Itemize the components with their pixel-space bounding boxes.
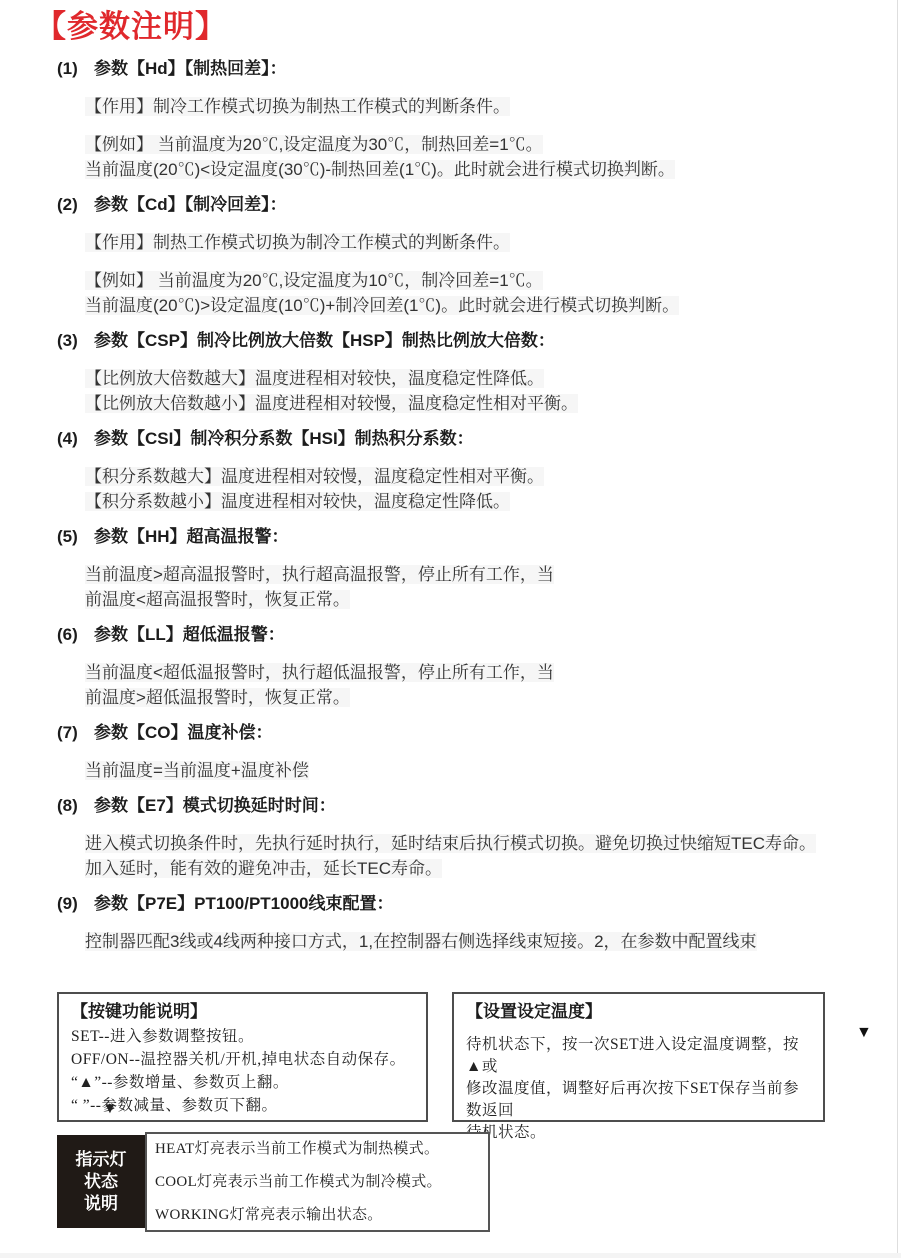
parameter-item: (4) 参数【CSI】制冷积分系数【HSI】制热积分系数： 【积分系数越大】温度… [57, 426, 861, 514]
text-line: 【积分系数越小】温度进程相对较快，温度稳定性降低。 [85, 489, 861, 514]
text-line: 进入模式切换条件时，先执行延时执行，延时结束后执行模式切换。避免切换过快缩短TE… [85, 831, 861, 856]
paragraph: 当前温度>超高温报警时，执行超高温报警，停止所有工作，当前温度<超高温报警时，恢… [85, 562, 861, 612]
text-line: 加入延时，能有效的避免冲击，延长TEC寿命。 [85, 856, 861, 881]
parameter-body: 【比例放大倍数越大】温度进程相对较快，温度稳定性降低。【比例放大倍数越小】温度进… [85, 366, 861, 416]
indicator-line: COOL灯亮表示当前工作模式为制冷模式。 [155, 1172, 480, 1192]
text-line: 当前温度(20℃)<设定温度(30℃)-制热回差(1℃)。此时就会进行模式切换判… [85, 157, 861, 182]
set-temperature-box-title: 【设置设定温度】 [466, 999, 813, 1025]
item-heading-text: 参数【HH】超高温报警： [94, 524, 289, 549]
page-title: 【参数注明】 [35, 8, 901, 46]
set-temperature-line: 修改温度值，调整好后再次按下SET保存当前参数返回 [466, 1078, 813, 1122]
parameter-item: (3) 参数【CSP】制冷比例放大倍数【HSP】制热比例放大倍数： 【比例放大倍… [57, 328, 861, 416]
parameter-heading: (6) 参数【LL】超低温报警： [57, 622, 861, 647]
item-number: (3) [57, 328, 94, 353]
item-number: (9) [57, 891, 94, 916]
key-function-lines: SET--进入参数调整按钮。OFF/ON--温控器关机/开机,掉电状态自动保存。… [71, 1025, 416, 1117]
indicator-line: WORKING灯常亮表示输出状态。 [155, 1205, 480, 1225]
paragraph: 【比例放大倍数越大】温度进程相对较快，温度稳定性降低。【比例放大倍数越小】温度进… [85, 366, 861, 416]
parameter-item: (2) 参数【Cd】【制冷回差】： 【作用】制热工作模式切换为制冷工作模式的判断… [57, 192, 861, 318]
set-temperature-line: 待机状态下，按一次SET进入设定温度调整，按▲或 [466, 1034, 813, 1078]
paragraph: 当前温度=当前温度+温度补偿 [85, 758, 861, 783]
parameter-item: (9) 参数【P7E】PT100/PT1000线束配置： 控制器匹配3线或4线两… [57, 891, 861, 954]
parameter-body: 当前温度<超低温报警时，执行超低温报警，停止所有工作，当前温度>超低温报警时，恢… [85, 660, 861, 710]
indicator-line: HEAT灯亮表示当前工作模式为制热模式。 [155, 1139, 480, 1159]
parameter-body: 进入模式切换条件时，先执行延时执行，延时结束后执行模式切换。避免切换过快缩短TE… [85, 831, 861, 881]
parameter-heading: (5) 参数【HH】超高温报警： [57, 524, 861, 549]
parameter-body: 【作用】制热工作模式切换为制冷工作模式的判断条件。【例如】 当前温度为20℃,设… [85, 230, 861, 318]
key-function-line: “ ”--▼参数减量、参数页下翻。 [71, 1094, 416, 1117]
key-function-line: OFF/ON--温控器关机/开机,掉电状态自动保存。 [71, 1048, 416, 1071]
page-edge-shadow-right [897, 0, 898, 1258]
key-function-line: “▲”--参数增量、参数页上翻。 [71, 1071, 416, 1094]
text-line: 当前温度(20℃)>设定温度(10℃)+制冷回差(1℃)。此时就会进行模式切换判… [85, 293, 861, 318]
text-line: 【作用】制冷工作模式切换为制热工作模式的判断条件。 [85, 94, 861, 119]
item-number: (8) [57, 793, 94, 818]
parameter-item: (6) 参数【LL】超低温报警： 当前温度<超低温报警时，执行超低温报警，停止所… [57, 622, 861, 710]
text-line: 当前温度>超高温报警时，执行超高温报警，停止所有工作，当 [85, 562, 861, 587]
item-heading-text: 参数【E7】模式切换延时时间： [94, 793, 336, 818]
item-number: (4) [57, 426, 94, 451]
item-number: (5) [57, 524, 94, 549]
parameter-item: (5) 参数【HH】超高温报警： 当前温度>超高温报警时，执行超高温报警，停止所… [57, 524, 861, 612]
parameter-heading: (9) 参数【P7E】PT100/PT1000线束配置： [57, 891, 861, 916]
parameter-heading: (7) 参数【CO】温度补偿： [57, 720, 861, 745]
indicator-status-label: 指示灯状态说明 [57, 1135, 145, 1228]
indicator-label-line: 指示灯 [76, 1149, 127, 1171]
key-function-line: SET--进入参数调整按钮。 [71, 1025, 416, 1048]
parameter-body: 控制器匹配3线或4线两种接口方式，1,在控制器右侧选择线束短接。2，在参数中配置… [85, 929, 861, 954]
indicator-label-line: 状态 [84, 1171, 118, 1193]
parameter-item: (7) 参数【CO】温度补偿： 当前温度=当前温度+温度补偿 [57, 720, 861, 783]
page-edge-shadow-bottom [0, 1253, 901, 1258]
down-triangle-icon: ▼ [856, 1024, 872, 1042]
set-temperature-line: 待机状态。 [466, 1122, 813, 1144]
item-heading-text: 参数【CO】温度补偿： [94, 720, 273, 745]
paragraph: 控制器匹配3线或4线两种接口方式，1,在控制器右侧选择线束短接。2，在参数中配置… [85, 929, 861, 954]
paragraph: 【作用】制冷工作模式切换为制热工作模式的判断条件。 [85, 94, 861, 119]
text-line: 当前温度=当前温度+温度补偿 [85, 758, 861, 783]
indicator-label-line: 说明 [84, 1193, 118, 1215]
item-number: (7) [57, 720, 94, 745]
text-line: 【例如】 当前温度为20℃,设定温度为10℃，制冷回差=1℃。 [85, 268, 861, 293]
parameter-body: 【作用】制冷工作模式切换为制热工作模式的判断条件。【例如】 当前温度为20℃,设… [85, 94, 861, 182]
indicator-status-box: HEAT灯亮表示当前工作模式为制热模式。COOL灯亮表示当前工作模式为制冷模式。… [145, 1132, 490, 1232]
parameter-item: (1) 参数【Hd】【制热回差】： 【作用】制冷工作模式切换为制热工作模式的判断… [57, 56, 861, 182]
item-heading-text: 参数【Cd】【制冷回差】： [94, 192, 287, 217]
parameter-body: 【积分系数越大】温度进程相对较慢，温度稳定性相对平衡。【积分系数越小】温度进程相… [85, 464, 861, 514]
set-temperature-box: 【设置设定温度】 待机状态下，按一次SET进入设定温度调整，按▲或修改温度值，调… [452, 992, 825, 1122]
text-line: 【比例放大倍数越小】温度进程相对较慢，温度稳定性相对平衡。 [85, 391, 861, 416]
paragraph: 【作用】制热工作模式切换为制冷工作模式的判断条件。 [85, 230, 861, 255]
parameter-list: (1) 参数【Hd】【制热回差】： 【作用】制冷工作模式切换为制热工作模式的判断… [57, 56, 861, 954]
set-temperature-lines: 待机状态下，按一次SET进入设定温度调整，按▲或修改温度值，调整好后再次按下SE… [466, 1034, 813, 1144]
text-line: 当前温度<超低温报警时，执行超低温报警，停止所有工作，当 [85, 660, 861, 685]
item-number: (2) [57, 192, 94, 217]
text-line: 【积分系数越大】温度进程相对较慢，温度稳定性相对平衡。 [85, 464, 861, 489]
key-function-box-title: 【按键功能说明】 [71, 999, 416, 1025]
text-line: 【作用】制热工作模式切换为制冷工作模式的判断条件。 [85, 230, 861, 255]
paragraph: 【例如】 当前温度为20℃,设定温度为30℃，制热回差=1℃。当前温度(20℃)… [85, 132, 861, 182]
paragraph: 进入模式切换条件时，先执行延时执行，延时结束后执行模式切换。避免切换过快缩短TE… [85, 831, 861, 881]
item-heading-text: 参数【P7E】PT100/PT1000线束配置： [94, 891, 393, 916]
parameter-heading: (1) 参数【Hd】【制热回差】： [57, 56, 861, 81]
text-line: 【比例放大倍数越大】温度进程相对较快，温度稳定性降低。 [85, 366, 861, 391]
parameter-body: 当前温度>超高温报警时，执行超高温报警，停止所有工作，当前温度<超高温报警时，恢… [85, 562, 861, 612]
paragraph: 当前温度<超低温报警时，执行超低温报警，停止所有工作，当前温度>超低温报警时，恢… [85, 660, 861, 710]
paragraph: 【积分系数越大】温度进程相对较慢，温度稳定性相对平衡。【积分系数越小】温度进程相… [85, 464, 861, 514]
item-number: (1) [57, 56, 94, 81]
text-line: 前温度<超高温报警时，恢复正常。 [85, 587, 861, 612]
parameter-heading: (3) 参数【CSP】制冷比例放大倍数【HSP】制热比例放大倍数： [57, 328, 861, 353]
item-heading-text: 参数【Hd】【制热回差】： [94, 56, 287, 81]
text-line: 前温度>超低温报警时，恢复正常。 [85, 685, 861, 710]
paragraph: 【例如】 当前温度为20℃,设定温度为10℃，制冷回差=1℃。当前温度(20℃)… [85, 268, 861, 318]
parameter-heading: (4) 参数【CSI】制冷积分系数【HSI】制热积分系数： [57, 426, 861, 451]
item-heading-text: 参数【LL】超低温报警： [94, 622, 285, 647]
item-heading-text: 参数【CSI】制冷积分系数【HSI】制热积分系数： [94, 426, 474, 451]
text-line: 【例如】 当前温度为20℃,设定温度为30℃，制热回差=1℃。 [85, 132, 861, 157]
key-function-box: 【按键功能说明】 SET--进入参数调整按钮。OFF/ON--温控器关机/开机,… [57, 992, 428, 1122]
parameter-item: (8) 参数【E7】模式切换延时时间： 进入模式切换条件时，先执行延时执行，延时… [57, 793, 861, 881]
parameter-body: 当前温度=当前温度+温度补偿 [85, 758, 861, 783]
parameter-heading: (2) 参数【Cd】【制冷回差】： [57, 192, 861, 217]
parameter-heading: (8) 参数【E7】模式切换延时时间： [57, 793, 861, 818]
item-number: (6) [57, 622, 94, 647]
text-line: 控制器匹配3线或4线两种接口方式，1,在控制器右侧选择线束短接。2，在参数中配置… [85, 929, 861, 954]
item-heading-text: 参数【CSP】制冷比例放大倍数【HSP】制热比例放大倍数： [94, 328, 555, 353]
